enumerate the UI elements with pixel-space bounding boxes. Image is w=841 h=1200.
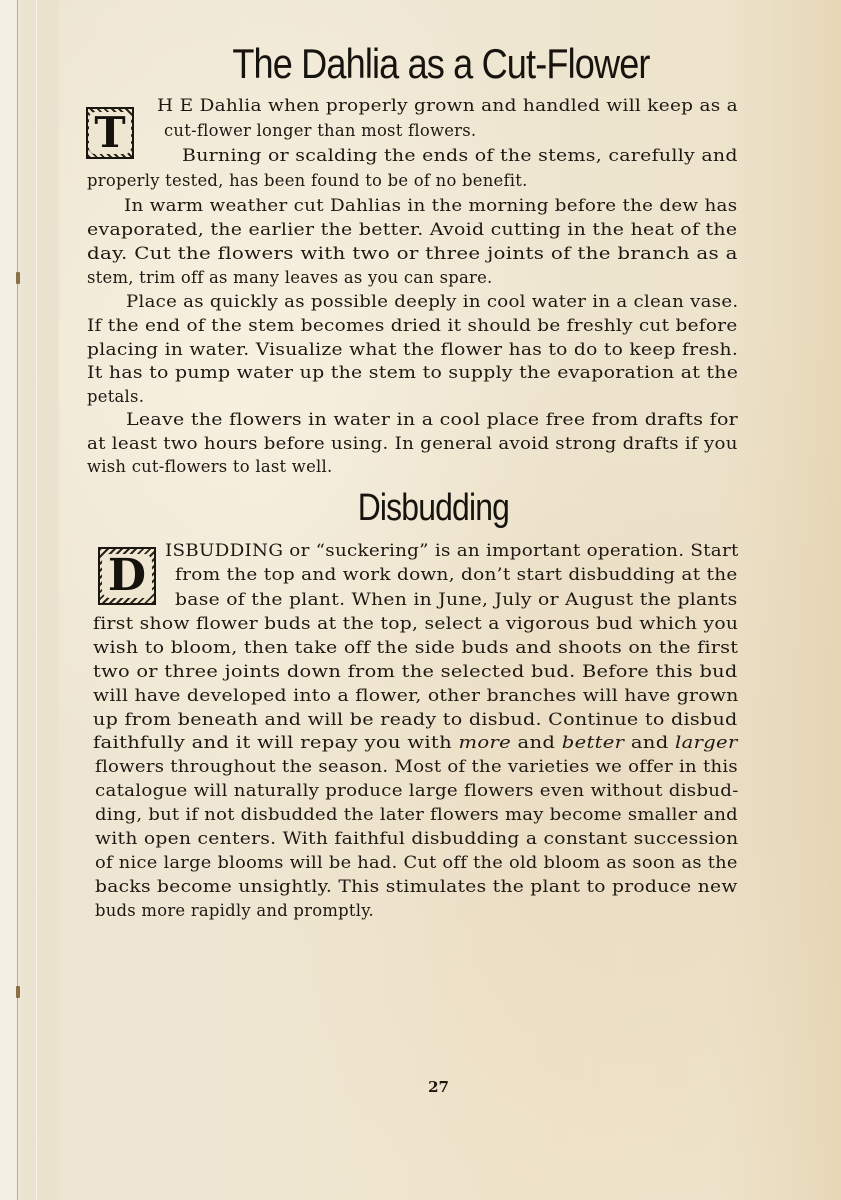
- text-run: and: [511, 733, 562, 752]
- paragraph-line: Place as quickly as possible deeply in c…: [126, 292, 738, 312]
- binding-staple-mark: [16, 272, 20, 284]
- paragraph-line: of nice large blooms will be had. Cut of…: [95, 853, 738, 873]
- paragraph-line: evaporated, the earlier the better. Avoi…: [87, 220, 737, 240]
- paragraph-line: properly tested, has been found to be of…: [87, 171, 528, 191]
- paragraph-line: flowers throughout the season. Most of t…: [95, 757, 738, 777]
- paragraph-line: buds more rapidly and promptly.: [95, 901, 374, 921]
- paragraph-line: from the top and work down, don’t start …: [175, 565, 738, 585]
- paragraph-line: wish to bloom, then take off the side bu…: [93, 638, 738, 658]
- paragraph-line-with-italics: faithfully and it will repay you with mo…: [93, 733, 738, 753]
- section-title-disbudding: Disbudding: [68, 487, 786, 530]
- paragraph-line: at least two hours before using. In gene…: [87, 434, 738, 454]
- text-run: faithfully and it will repay you with: [93, 733, 459, 752]
- page-gutter: [19, 0, 59, 1200]
- text-run: and: [624, 733, 675, 752]
- page-number: 27: [0, 1078, 841, 1096]
- paragraph-line: wish cut-flowers to last well.: [87, 457, 333, 477]
- paragraph-line: two or three joints down from the select…: [93, 662, 738, 682]
- paragraph-line: Burning or scalding the ends of the stem…: [182, 146, 738, 166]
- dropcap-letter: T: [89, 112, 130, 154]
- book-spine-edge: [0, 0, 18, 1200]
- paragraph-line: with open centers. With faithful disbudd…: [95, 829, 738, 849]
- section-title-cut-flower: The Dahlia as a Cut-Flower: [60, 40, 802, 88]
- italic-word-more: more: [459, 733, 511, 752]
- paragraph-line: day. Cut the flowers with two or three j…: [87, 244, 738, 264]
- paragraph-line: base of the plant. When in June, July or…: [175, 590, 738, 610]
- ornamental-dropcap-d: D: [98, 547, 156, 605]
- paragraph-line: backs become unsightly. This stimulates …: [95, 877, 738, 897]
- italic-word-better: better: [562, 733, 625, 752]
- paragraph-line: will have developed into a flower, other…: [93, 686, 739, 706]
- paragraph-line: In warm weather cut Dahlias in the morni…: [124, 196, 737, 216]
- paragraph-line: ding, but if not disbudded the later flo…: [95, 805, 738, 825]
- paragraph-line: cut-flower longer than most flowers.: [164, 121, 476, 141]
- paragraph-line: petals.: [87, 387, 144, 407]
- paragraph-line: placing in water. Visualize what the flo…: [87, 340, 738, 360]
- paragraph-line: Leave the flowers in water in a cool pla…: [126, 410, 738, 430]
- paragraph-line: first show flower buds at the top, selec…: [93, 614, 738, 634]
- paragraph-line: catalogue will naturally produce large f…: [95, 781, 739, 801]
- paragraph-line: If the end of the stem becomes dried it …: [87, 316, 738, 336]
- binding-staple-mark: [16, 986, 20, 998]
- gutter-fold-line: [36, 0, 37, 1200]
- ornamental-dropcap-t: T: [86, 107, 134, 159]
- paragraph-line: stem, trim off as many leaves as you can…: [87, 268, 493, 288]
- italic-word-larger: larger: [675, 733, 738, 752]
- paragraph-line: It has to pump water up the stem to supp…: [87, 363, 738, 383]
- paragraph-line: ISBUDDING or “suckering” is an important…: [165, 541, 739, 561]
- dropcap-letter: D: [102, 554, 152, 598]
- paragraph-line: up from beneath and will be ready to dis…: [93, 710, 738, 730]
- paragraph-line: H E Dahlia when properly grown and handl…: [157, 96, 738, 116]
